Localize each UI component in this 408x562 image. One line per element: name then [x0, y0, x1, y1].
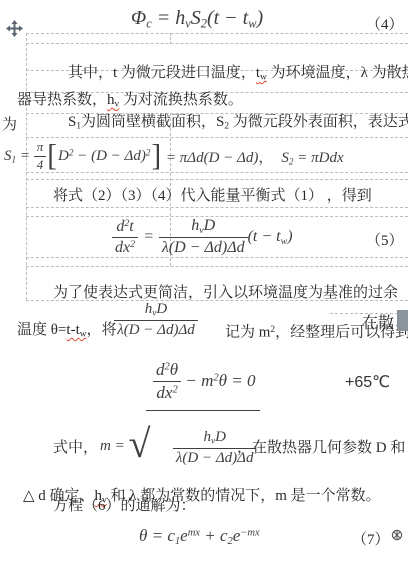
text-segment: 为圆筒壁横截面积，S — [81, 114, 224, 130]
math-token: = — [143, 228, 154, 246]
word-document-canvas: Φc = hvS2(t − tw) （4） 其中，t 为微元段进口温度，tw 为… — [0, 0, 408, 562]
table-move-handle-icon[interactable] — [6, 20, 23, 37]
paragraph-line: 方程（6）的通解为： — [53, 497, 196, 515]
math-token: D2 − (D − Δd)2 — [58, 148, 151, 165]
math-token: S1 = — [4, 148, 34, 166]
paragraph-line: 为了使表达式更简洁，引入以环境温度为基准的过余 — [53, 284, 398, 302]
text-segment: 为环境温度，λ 为散热 — [267, 65, 408, 81]
equation-4: Φc = hvS2(t − tw) — [131, 6, 263, 32]
misspelled-term: tw — [256, 65, 267, 81]
text-segment: 温度 θ= — [17, 322, 66, 338]
clipped-ui-fragment — [397, 310, 408, 331]
equation-number: （4） — [366, 13, 404, 34]
equation-6: d2θ dx2 − m2θ = 0 — [153, 358, 255, 404]
equation-5: d2t dx2 = hvD λ(D − Δd)Δd (t − tw) — [112, 215, 293, 259]
move-arrows-icon — [6, 20, 23, 37]
misspelled-term: t-tw — [66, 322, 86, 338]
fraction: d2t dx2 — [112, 218, 138, 257]
bracket: ] — [152, 141, 162, 171]
paragraph-line: 温度 θ=t-tw，将 — [2, 303, 116, 362]
bracket: [ — [47, 141, 57, 171]
table-gridline-h — [26, 43, 408, 44]
equation-number: （5） — [366, 229, 404, 250]
clipped-text-fragment: 在散 — [362, 315, 394, 333]
math-token: θ = c1emx + c2e−mx — [139, 526, 260, 547]
table-gridline-h — [26, 179, 408, 180]
paragraph-line: 为 — [2, 116, 17, 134]
inline-fraction: hvD λ(D − Δd)Δd — [111, 301, 201, 339]
table-gridline-h — [26, 266, 408, 267]
math-token: Φc = hvS2(t − tw) — [131, 7, 263, 31]
math-token: m = — [100, 438, 128, 455]
table-gridline-h — [26, 207, 408, 208]
paragraph-line: 将式（2）（3）（4）代入能量平衡式（1） ，得到 — [53, 187, 372, 205]
circled-cross-icon — [391, 529, 403, 541]
text-segment: 记为 m — [225, 325, 270, 341]
fraction: d2θ dx2 — [153, 360, 181, 401]
text-segment: 为微元段外表面积，表达式 — [229, 114, 408, 130]
math-token: − m2θ = 0 — [181, 371, 255, 391]
fraction: hvD λ(D − Δd)Δd — [159, 217, 248, 257]
table-gridline-v — [170, 33, 171, 44]
clipped-text-fragment: +65℃ — [345, 374, 390, 392]
equation-7: θ = c1emx + c2e−mx — [139, 523, 260, 549]
math-token: (t − tw) — [248, 228, 293, 247]
table-gridline-h — [26, 33, 408, 34]
paragraph-line: 式中， — [53, 439, 98, 457]
equation-number: （7） — [352, 528, 390, 549]
radical-sign: √ — [128, 424, 150, 464]
equation-s1-s2: S1 = π4[D2 − (D − Δd)2] = πΔd(D − Δd)，S2… — [4, 138, 344, 175]
revision-marker-icon[interactable] — [391, 528, 403, 540]
fraction: π4 — [34, 140, 47, 172]
paragraph-line: ，在散热器几何参数 D 和 — [237, 439, 405, 457]
math-token: = πΔd(D − Δd)，S2 = πDdx — [162, 146, 344, 168]
